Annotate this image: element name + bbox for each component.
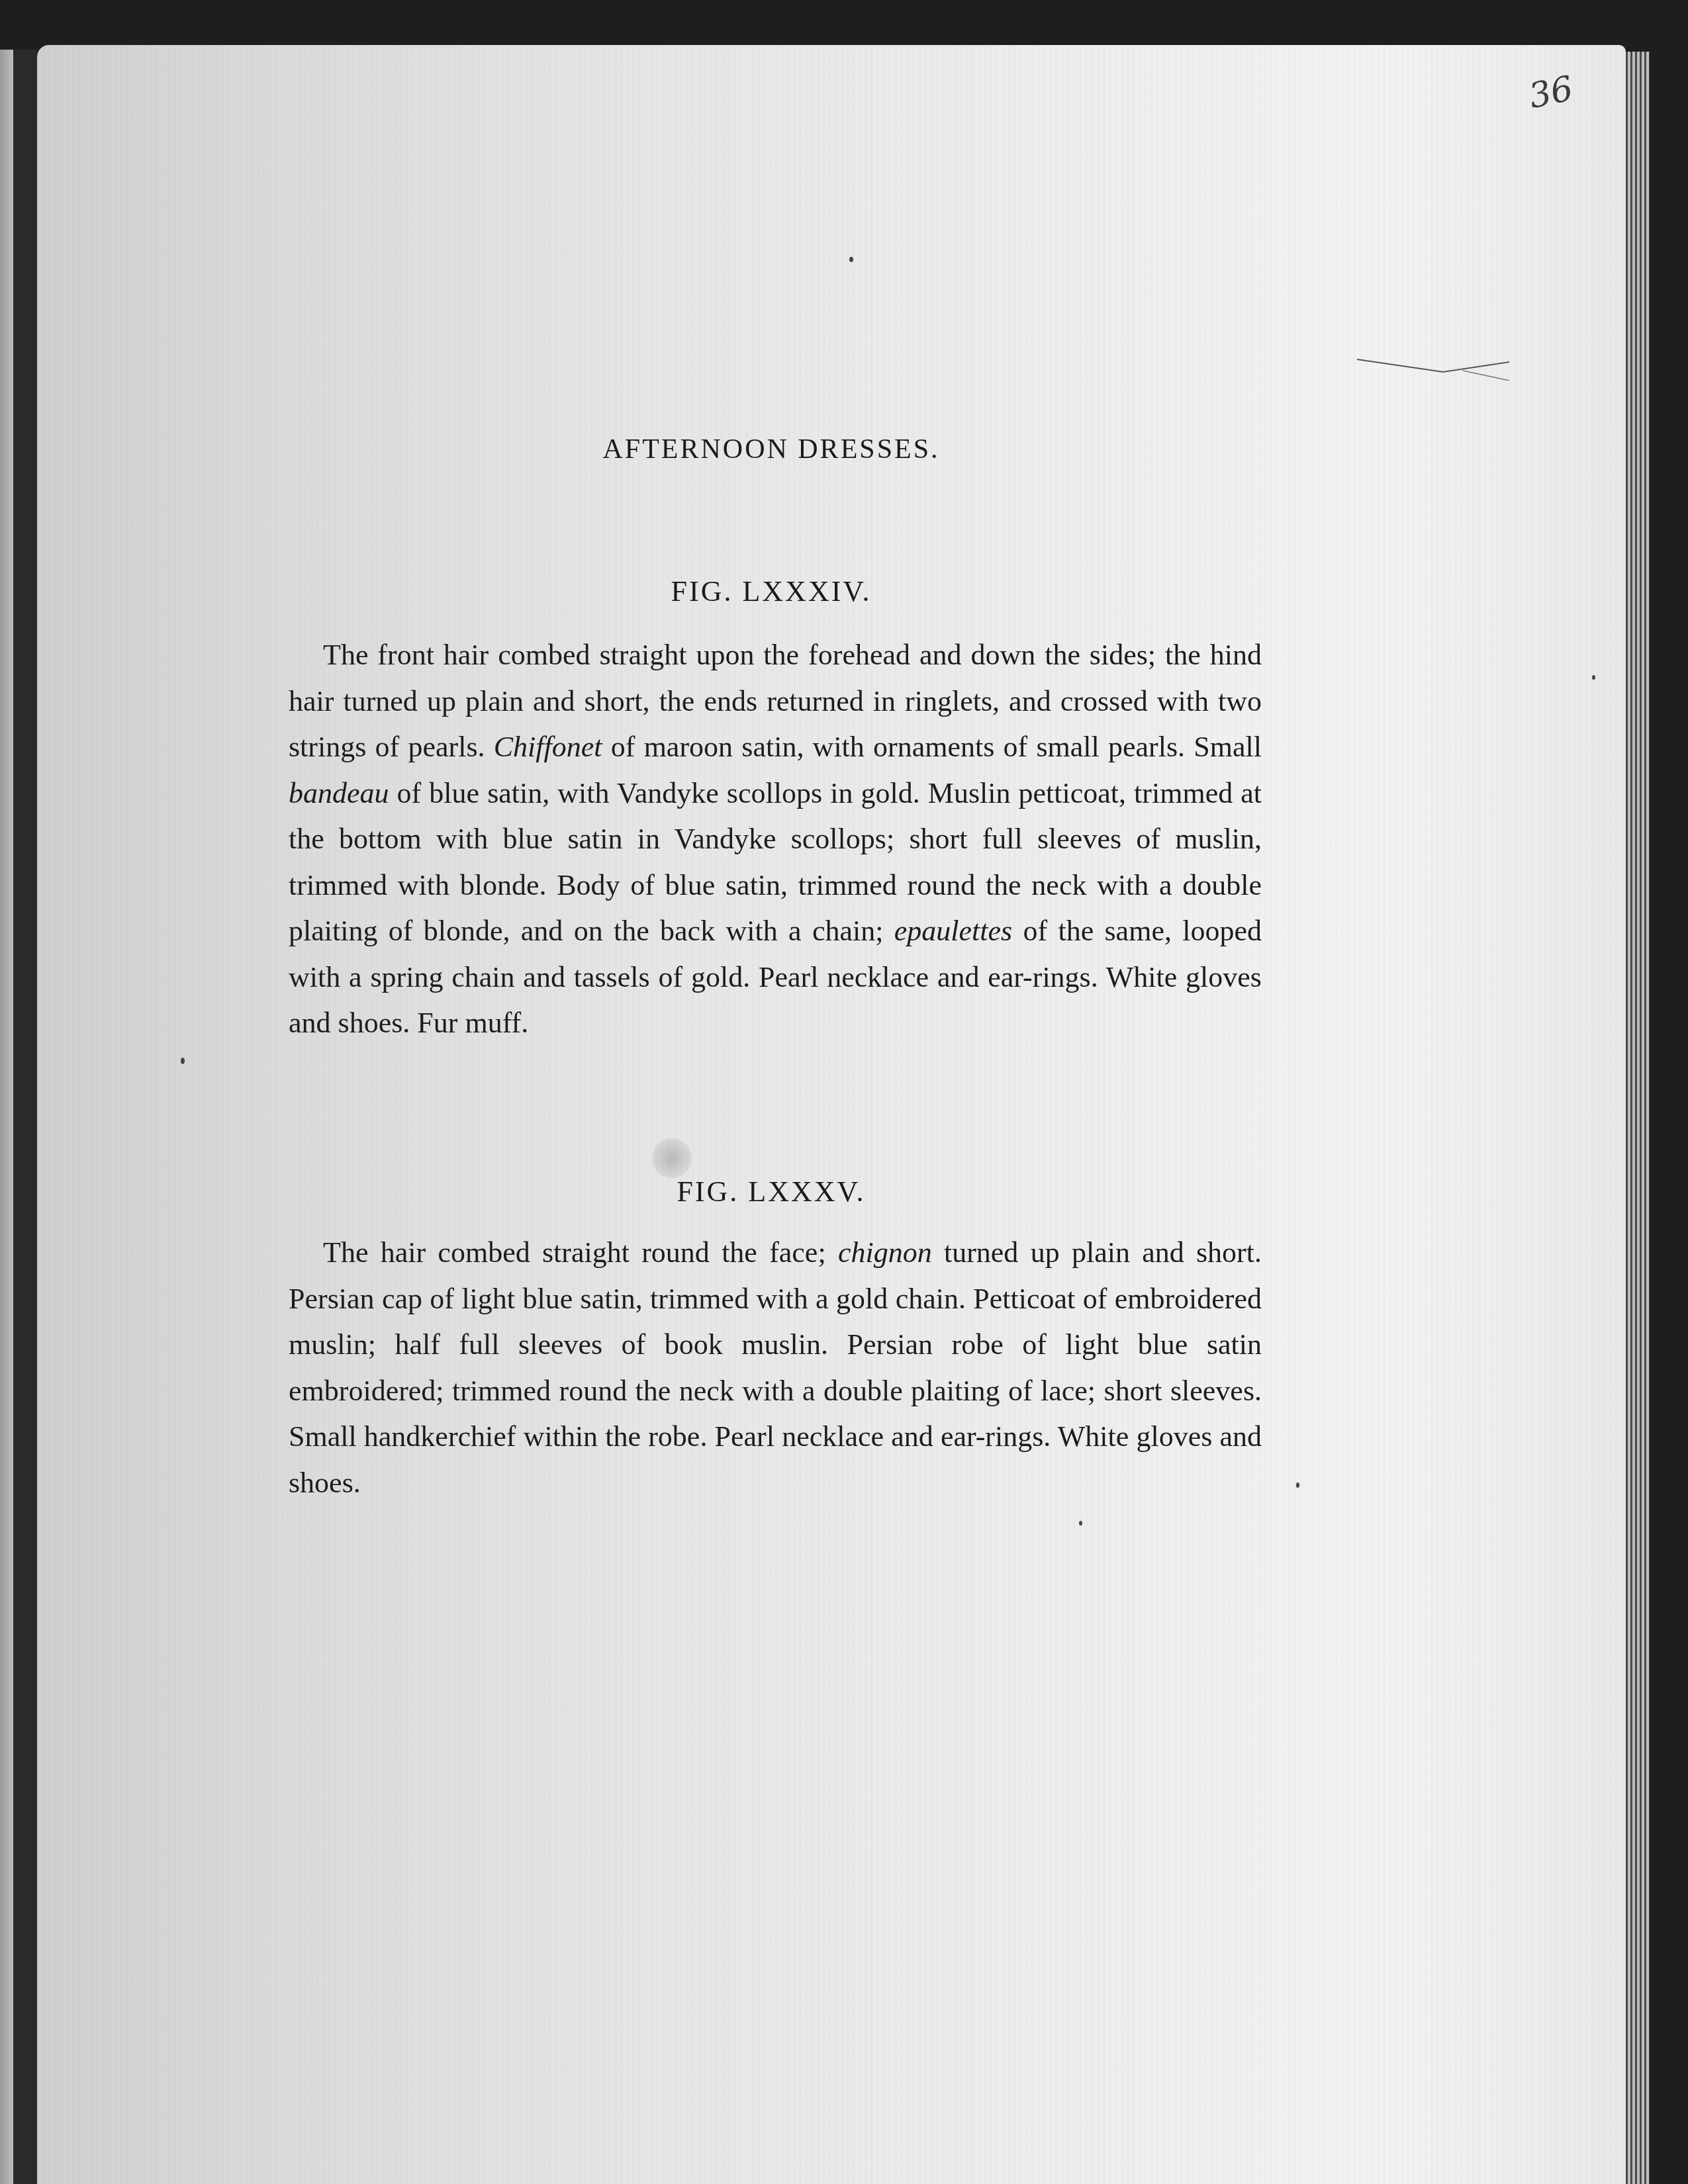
italic-term: bandeau bbox=[289, 777, 389, 809]
speck bbox=[1592, 675, 1595, 680]
italic-term: epaulettes bbox=[894, 915, 1012, 947]
italic-term: Chiffonet bbox=[494, 731, 602, 763]
speck bbox=[1296, 1482, 1299, 1488]
speck bbox=[181, 1058, 185, 1064]
ink-smudge bbox=[652, 1138, 692, 1178]
figure-heading-lxxxv: FIG. LXXXV. bbox=[0, 1175, 1542, 1208]
text-run: of maroon satin, with ornaments of small… bbox=[602, 731, 1262, 763]
scanned-book-page: 36 AFTERNOON DRESSES. FIG. LXXXIV. The f… bbox=[0, 0, 1688, 2184]
speck bbox=[849, 257, 853, 262]
previous-page-edge bbox=[0, 50, 13, 2184]
speck bbox=[1079, 1521, 1082, 1525]
text-run: turned up plain and short. Persian cap o… bbox=[289, 1236, 1262, 1499]
figure-description-lxxxiv: The front hair combed straight upon the … bbox=[289, 632, 1262, 1046]
figure-description-lxxxv: The hair combed straight round the face;… bbox=[289, 1230, 1262, 1506]
pencil-mark-icon bbox=[1357, 354, 1509, 381]
italic-term: chignon bbox=[838, 1236, 932, 1269]
text-run: The hair combed straight round the face; bbox=[323, 1236, 838, 1269]
page-title: AFTERNOON DRESSES. bbox=[0, 433, 1542, 465]
figure-heading-lxxxiv: FIG. LXXXIV. bbox=[0, 574, 1542, 608]
page-stack-edge bbox=[1626, 52, 1650, 2184]
binding-shadow bbox=[13, 50, 37, 2184]
